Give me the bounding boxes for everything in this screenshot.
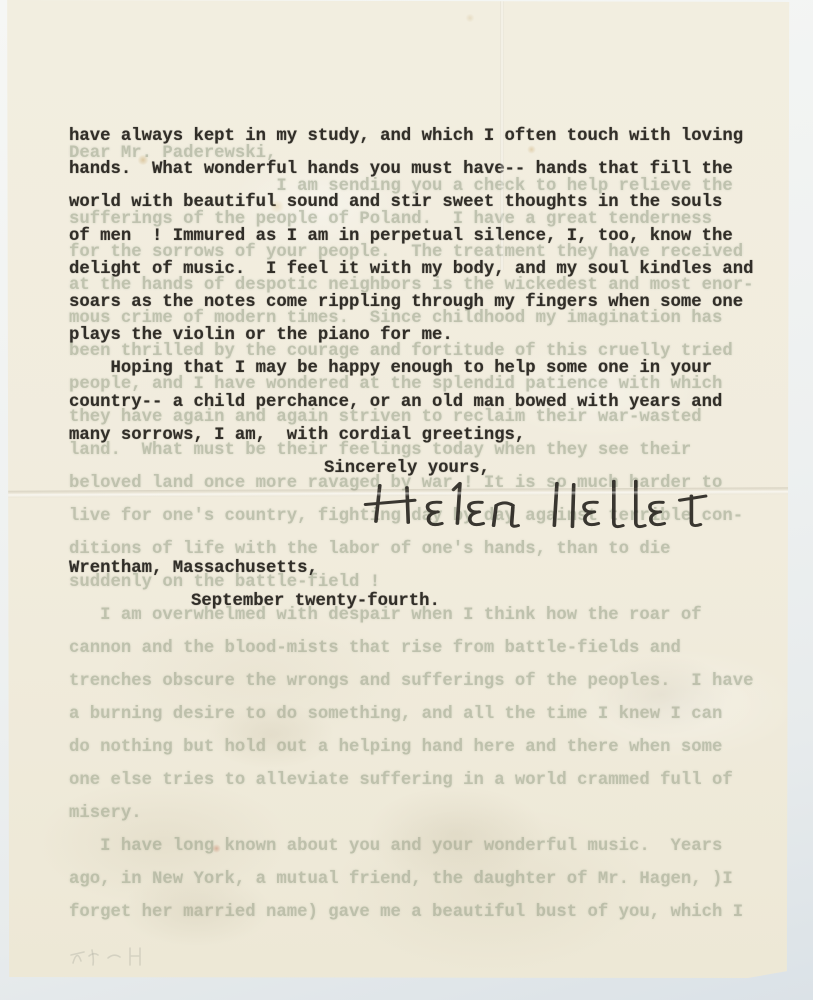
signature-strokes xyxy=(363,476,725,534)
typed-line: delight of music. I feel it with my body… xyxy=(69,253,753,286)
ghost-line: a burning desire to do something, and al… xyxy=(69,698,753,731)
typed-line: many sorrows, I am, with cordial greetin… xyxy=(69,419,753,452)
typed-line: country-- a child perchance, or an old m… xyxy=(69,386,753,419)
ghost-line: do nothing but hold out a helping hand h… xyxy=(69,731,753,764)
handwritten-signature xyxy=(363,476,725,534)
typed-line: of men ! Immured as I am in perpetual si… xyxy=(69,220,753,253)
ghost-line: trenches obscure the wrongs and sufferin… xyxy=(69,665,753,698)
typed-line: hands. What wonderful hands you must hav… xyxy=(69,153,753,186)
typed-line: have always kept in my study, and which … xyxy=(69,120,753,153)
ghost-line: I have long known about you and your won… xyxy=(69,830,753,863)
letter-paper: Dear Mr. Paderewski, I am sending you a … xyxy=(6,0,790,979)
date-line: September twenty-fourth. xyxy=(191,585,440,618)
letter-body: have always kept in my study, and which … xyxy=(69,120,753,452)
typed-line: Hoping that I may be happy enough to hel… xyxy=(69,352,753,385)
ghost-line: ago, in New York, a mutual friend, the d… xyxy=(69,863,753,896)
faint-pencil-marks xyxy=(68,941,158,971)
ghost-line: forget her married name) gave me a beaut… xyxy=(69,896,753,929)
typed-line: plays the violin or the piano for me. xyxy=(69,319,753,352)
typed-line: world with beautiful sound and stir swee… xyxy=(69,186,753,219)
ghost-line: misery. xyxy=(69,797,753,830)
ghost-line: cannon and the blood-mists that rise fro… xyxy=(69,632,753,665)
paper-stain xyxy=(465,14,475,22)
ghost-line: one else tries to alleviate suffering in… xyxy=(69,764,753,797)
typed-line: soars as the notes come rippling through… xyxy=(69,286,753,319)
place-line: Wrentham, Massachusetts, xyxy=(69,552,318,585)
scanned-letter-background: Dear Mr. Paderewski, I am sending you a … xyxy=(0,0,813,1000)
